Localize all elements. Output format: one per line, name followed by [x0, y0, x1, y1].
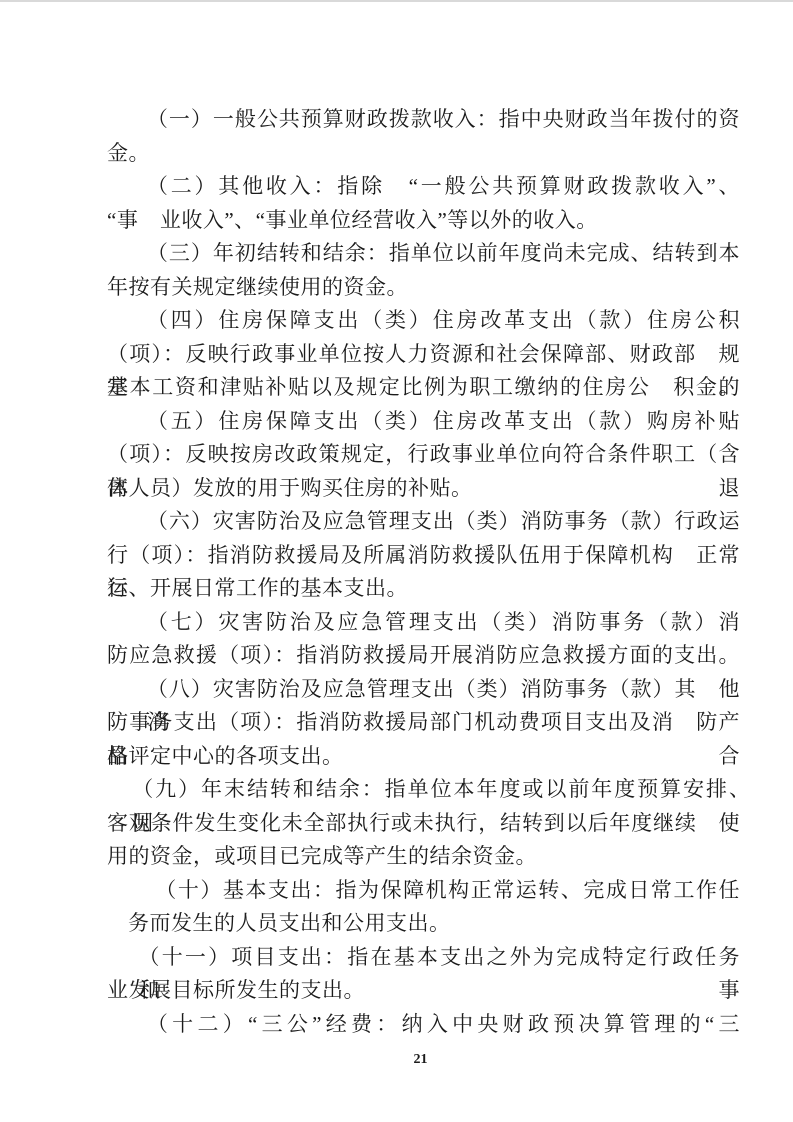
text-line: （五）住房保障支出（类）住房改革支出（款）购房补贴	[107, 405, 740, 439]
document-page: （一）一般公共预算财政拨款收入：指中央财政当年拨付的资金。（二）其他收入：指除 …	[0, 0, 793, 1122]
text-block: （一）一般公共预算财政拨款收入：指中央财政当年拨付的资金。（二）其他收入：指除 …	[107, 103, 740, 1041]
text-line: （十二）“三公”经费：纳入中央财政预决算管理的“三	[107, 1008, 740, 1042]
scan-edge-line	[0, 0, 793, 2]
text-line: 年按有关规定继续使用的资金。	[107, 271, 740, 305]
text-line: （七）灾害防治及应急管理支出（类）消防事务（款）消	[107, 606, 740, 640]
text-line: （十）基本支出：指为保障机构正常运转、完成日常工作任	[107, 874, 740, 908]
text-line: （九）年末结转和结余：指单位本年度或以前年度预算安排、 因	[107, 773, 740, 807]
text-line: 防事务支出（项）：指消防救援局部门机动费项目支出及消 防产品合	[107, 706, 740, 740]
text-line: 金。	[107, 137, 740, 171]
text-line: 客观条件发生变化未全部执行或未执行，结转到以后年度继续 使	[107, 807, 740, 841]
text-line: 用的资金，或项目已完成等产生的结余资金。	[107, 840, 740, 874]
text-line: （一）一般公共预算财政拨款收入：指中央财政当年拨付的资	[107, 103, 740, 137]
text-line: （四）住房保障支出（类）住房改革支出（款）住房公积	[107, 304, 740, 338]
text-line: 行（项）：指消防救援局及所属消防救援队伍用于保障机构 正常运	[107, 539, 740, 573]
text-line: “事 业收入”、“事业单位经营收入”等以外的收入。	[107, 204, 740, 238]
text-line: （八）灾害防治及应急管理支出（类）消防事务（款）其 他消	[107, 673, 740, 707]
text-line: 防应急救援（项）：指消防救援局开展消防应急救援方面的支出。	[107, 639, 740, 673]
text-line: 行、开展日常工作的基本支出。	[107, 572, 740, 606]
text-line: 基本工资和津贴补贴以及规定比例为职工缴纳的住房公 积金。	[107, 371, 740, 405]
text-line: （十一）项目支出：指在基本支出之外为完成特定行政任务 和事	[107, 941, 740, 975]
text-line: 务而发生的人员支出和公用支出。	[107, 907, 740, 941]
text-line: （项）：反映行政事业单位按人力资源和社会保障部、财政部 规定的	[107, 338, 740, 372]
text-line: （二）其他收入：指除 “一般公共预算财政拨款收入”、	[107, 170, 740, 204]
text-line: （三）年初结转和结余：指单位以前年度尚未完成、结转到本	[107, 237, 740, 271]
page-number: 21	[24, 1052, 793, 1068]
text-line: （项）：反映按房改政策规定，行政事业单位向符合条件职工（含 离退	[107, 438, 740, 472]
text-line: （六）灾害防治及应急管理支出（类）消防事务（款）行政运	[107, 505, 740, 539]
